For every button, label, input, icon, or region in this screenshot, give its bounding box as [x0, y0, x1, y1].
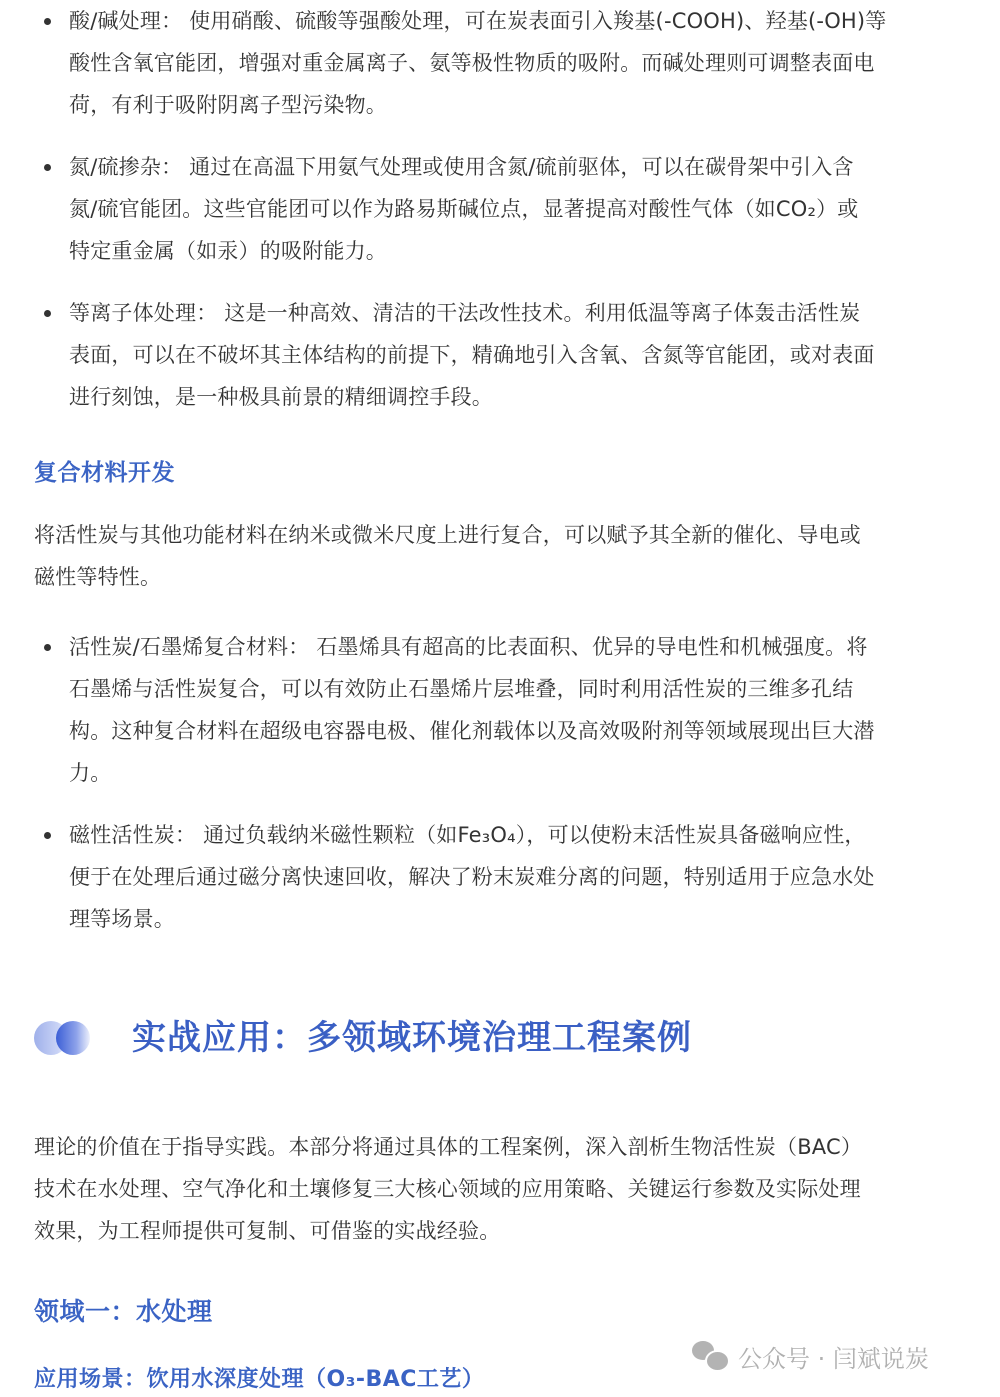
bullet-dot-icon — [44, 310, 51, 317]
bullet-dot-icon — [44, 644, 51, 651]
bullet-dot-icon — [44, 164, 51, 171]
circle-dark-icon — [56, 1021, 90, 1055]
text-line: 表面，可以在不破坏其主体结构的前提下，精确地引入含氧、含氮等官能团，或对表面 — [69, 334, 969, 376]
composite-heading: 复合材料开发 — [34, 454, 175, 487]
text-line: 酸性含氧官能团，增强对重金属离子、氨等极性物质的吸附。而碱处理则可调整表面电 — [69, 42, 969, 84]
text-line: 等离子体处理： 这是一种高效、清洁的干法改性技术。利用低温等离子体轰击活性炭 — [69, 292, 969, 334]
text-line: 酸/碱处理： 使用硝酸、硫酸等强酸处理，可在炭表面引入羧基(-COOH)、羟基(… — [69, 0, 969, 42]
text-line: 便于在处理后通过磁分离快速回收，解决了粉末炭难分离的问题，特别适用于应急水处 — [69, 856, 969, 898]
text-line: 技术在水处理、空气净化和土壤修复三大核心领域的应用策略、关键运行参数及实际处理 — [34, 1168, 974, 1210]
composite-intro: 将活性炭与其他功能材料在纳米或微米尺度上进行复合，可以赋予其全新的催化、导电或 … — [34, 514, 974, 598]
double-circle-icon — [34, 1021, 94, 1055]
text-line: 磁性活性炭： 通过负载纳米磁性颗粒（如Fe₃O₄），可以使粉末活性炭具备磁响应性… — [69, 814, 969, 856]
section-title: 实战应用：多领域环境治理工程案例 — [132, 1012, 692, 1064]
text-line: 氮/硫掺杂： 通过在高温下用氨气处理或使用含氮/硫前驱体，可以在碳骨架中引入含 — [69, 146, 969, 188]
text-line: 将活性炭与其他功能材料在纳米或微米尺度上进行复合，可以赋予其全新的催化、导电或 — [34, 514, 974, 556]
text-line: 力。 — [69, 752, 969, 794]
text-line: 进行刻蚀，是一种极具前景的精细调控手段。 — [69, 376, 969, 418]
list-item-text: 氮/硫掺杂： 通过在高温下用氨气处理或使用含氮/硫前驱体，可以在碳骨架中引入含 … — [69, 146, 969, 272]
wechat-icon — [692, 1341, 730, 1371]
list-item-text: 等离子体处理： 这是一种高效、清洁的干法改性技术。利用低温等离子体轰击活性炭 表… — [69, 292, 969, 418]
text-line: 理等场景。 — [69, 898, 969, 940]
list-item-text: 酸/碱处理： 使用硝酸、硫酸等强酸处理，可在炭表面引入羧基(-COOH)、羟基(… — [69, 0, 969, 126]
list-item-text: 磁性活性炭： 通过负载纳米磁性颗粒（如Fe₃O₄），可以使粉末活性炭具备磁响应性… — [69, 814, 969, 940]
watermark: 公众号 · 闫斌说炭 — [692, 1338, 929, 1374]
text-line: 石墨烯与活性炭复合，可以有效防止石墨烯片层堆叠，同时利用活性炭的三维多孔结 — [69, 668, 969, 710]
text-line: 氮/硫官能团。这些官能团可以作为路易斯碱位点，显著提高对酸性气体（如CO₂）或 — [69, 188, 969, 230]
text-line: 荷，有利于吸附阴离子型污染物。 — [69, 84, 969, 126]
practice-intro: 理论的价值在于指导实践。本部分将通过具体的工程案例，深入剖析生物活性炭（BAC）… — [34, 1126, 974, 1252]
text-line: 特定重金属（如汞）的吸附能力。 — [69, 230, 969, 272]
section-header: 实战应用：多领域环境治理工程案例 — [34, 1012, 794, 1068]
domain-heading: 领域一：水处理 — [34, 1292, 213, 1328]
text-line: 活性炭/石墨烯复合材料： 石墨烯具有超高的比表面积、优异的导电性和机械强度。将 — [69, 626, 969, 668]
list-item-text: 活性炭/石墨烯复合材料： 石墨烯具有超高的比表面积、优异的导电性和机械强度。将 … — [69, 626, 969, 794]
text-line: 效果，为工程师提供可复制、可借鉴的实战经验。 — [34, 1210, 974, 1252]
text-line: 理论的价值在于指导实践。本部分将通过具体的工程案例，深入剖析生物活性炭（BAC） — [34, 1126, 974, 1168]
text-line: 构。这种复合材料在超级电容器电极、催化剂载体以及高效吸附剂等领域展现出巨大潜 — [69, 710, 969, 752]
bullet-dot-icon — [44, 832, 51, 839]
text-line: 磁性等特性。 — [34, 556, 974, 598]
watermark-label: 公众号 · 闫斌说炭 — [738, 1339, 929, 1374]
scenario-heading: 应用场景：饮用水深度处理（O₃-BAC工艺） — [34, 1362, 484, 1393]
bullet-dot-icon — [44, 18, 51, 25]
